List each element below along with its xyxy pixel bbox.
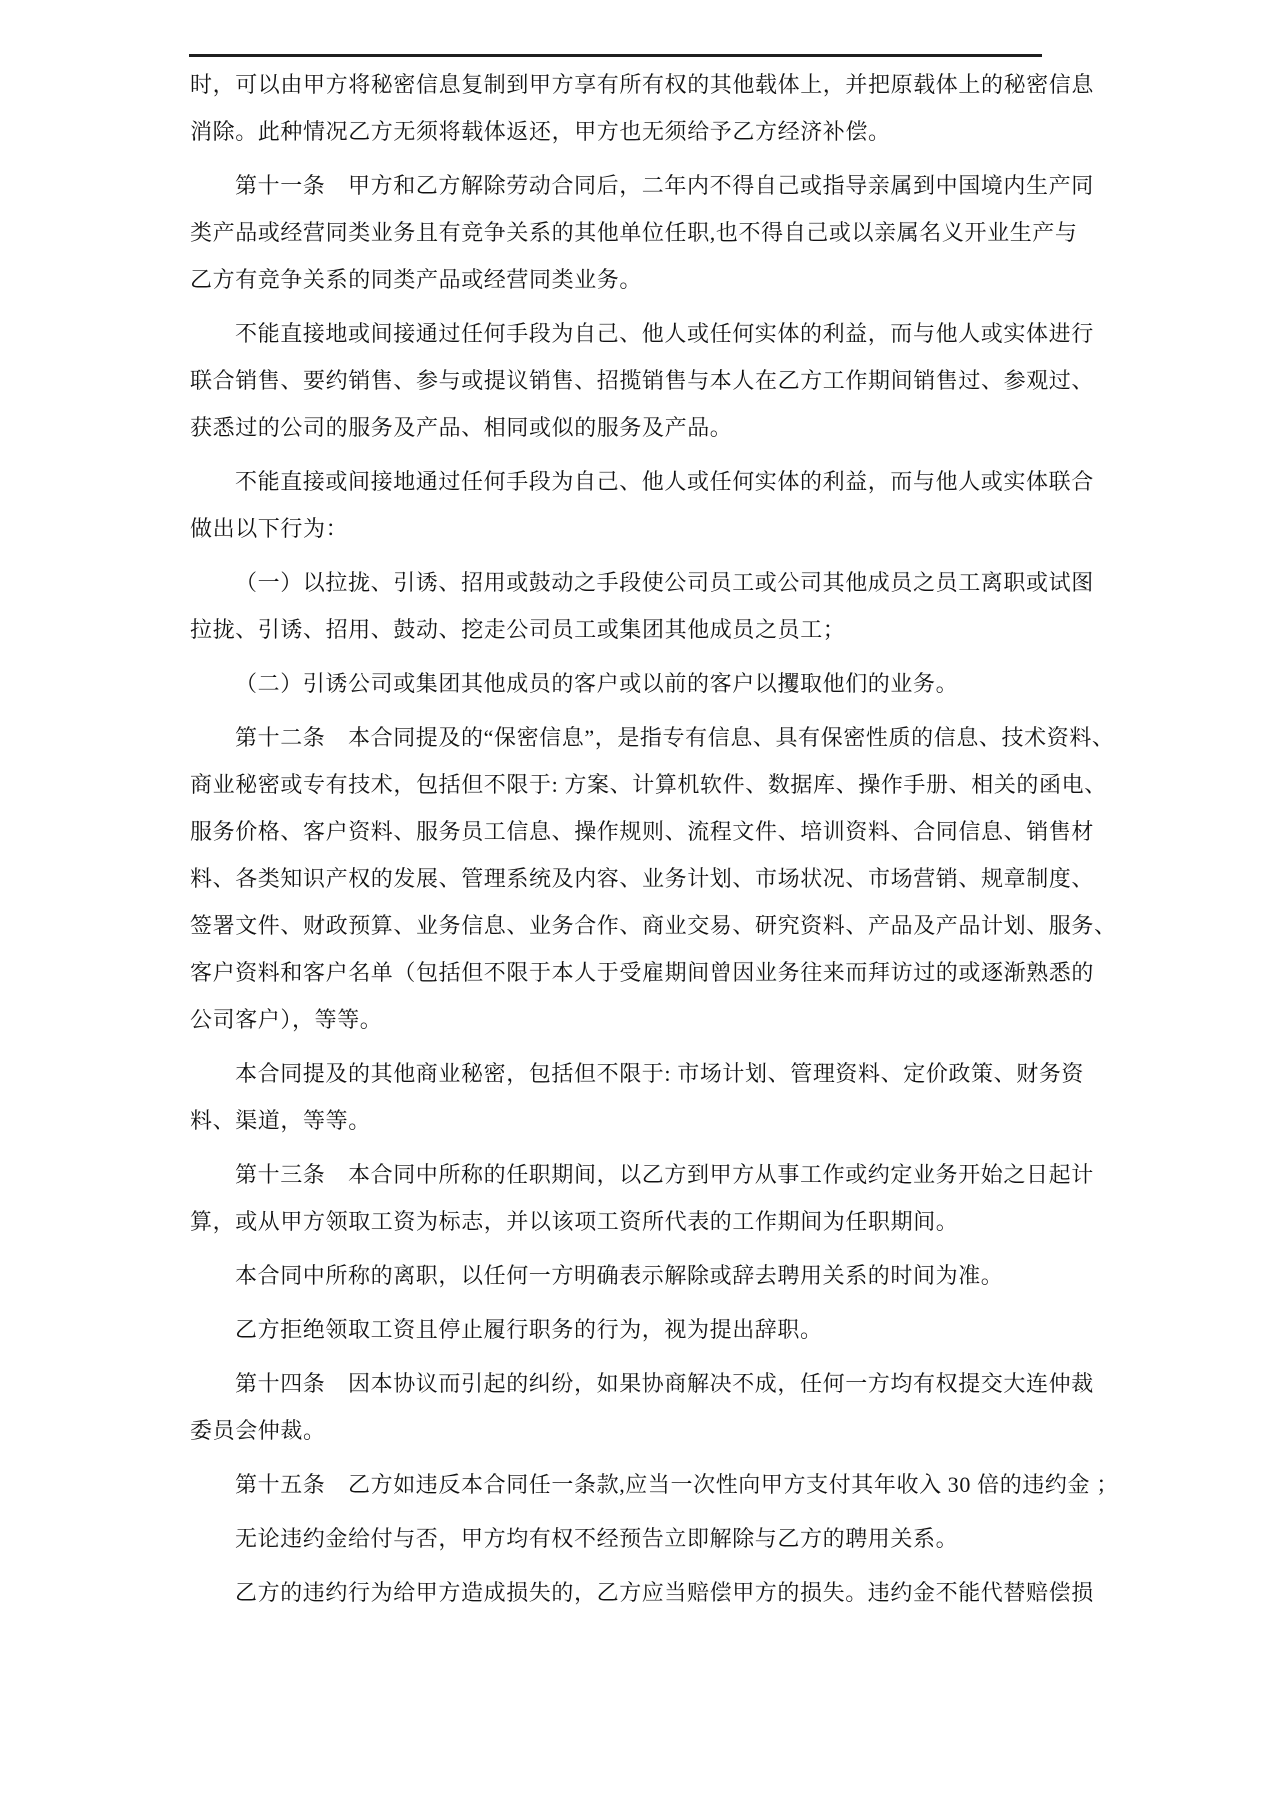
text-line: 做出以下行为： [190, 505, 1092, 552]
paragraph: 第十五条 乙方如违反本合同任一条款,应当一次性向甲方支付其年收入 30 倍的违约… [190, 1461, 1092, 1508]
text-line: 无论违约金给付与否，甲方均有权不经预告立即解除与乙方的聘用关系。 [190, 1515, 1092, 1562]
paragraph: 时，可以由甲方将秘密信息复制到甲方享有所有权的其他载体上，并把原载体上的秘密信息… [190, 61, 1092, 155]
paragraph: 第十二条 本合同提及的“保密信息”，是指专有信息、具有保密性质的信息、技术资料、… [190, 714, 1092, 1043]
text-line: 第十三条 本合同中所称的任职期间，以乙方到甲方从事工作或约定业务开始之日起计 [190, 1151, 1092, 1198]
text-line: 第十四条 因本协议而引起的纠纷，如果协商解决不成，任何一方均有权提交大连仲裁 [190, 1360, 1092, 1407]
paragraph: 不能直接或间接地通过任何手段为自己、他人或任何实体的利益，而与他人或实体联合做出… [190, 458, 1092, 552]
text-line: 联合销售、要约销售、参与或提议销售、招揽销售与本人在乙方工作期间销售过、参观过、 [190, 357, 1092, 404]
text-line: 拉拢、引诱、招用、鼓动、挖走公司员工或集团其他成员之员工； [190, 606, 1092, 653]
text-line: 乙方拒绝领取工资且停止履行职务的行为，视为提出辞职。 [190, 1306, 1092, 1353]
paragraph: 不能直接地或间接通过任何手段为自己、他人或任何实体的利益，而与他人或实体进行联合… [190, 310, 1092, 451]
text-line: 第十五条 乙方如违反本合同任一条款,应当一次性向甲方支付其年收入 30 倍的违约… [190, 1461, 1092, 1508]
document-page: 时，可以由甲方将秘密信息复制到甲方享有所有权的其他载体上，并把原载体上的秘密信息… [0, 0, 1280, 1810]
text-line: 类产品或经营同类业务且有竞争关系的其他单位任职,也不得自己或以亲属名义开业生产与 [190, 209, 1092, 256]
paragraph: 本合同中所称的离职，以任何一方明确表示解除或辞去聘用关系的时间为准。 [190, 1252, 1092, 1299]
header-rule [189, 54, 1042, 57]
paragraph: 第十三条 本合同中所称的任职期间，以乙方到甲方从事工作或约定业务开始之日起计算，… [190, 1151, 1092, 1245]
text-line: 第十一条 甲方和乙方解除劳动合同后，二年内不得自己或指导亲属到中国境内生产同 [190, 162, 1092, 209]
text-line: 算，或从甲方领取工资为标志，并以该项工资所代表的工作期间为任职期间。 [190, 1198, 1092, 1245]
paragraph: 第十四条 因本协议而引起的纠纷，如果协商解决不成，任何一方均有权提交大连仲裁委员… [190, 1360, 1092, 1454]
text-line: 乙方有竞争关系的同类产品或经营同类业务。 [190, 256, 1092, 303]
text-line: 料、渠道，等等。 [190, 1097, 1092, 1144]
text-line: （二）引诱公司或集团其他成员的客户或以前的客户以攫取他们的业务。 [190, 660, 1092, 707]
paragraph: （一）以拉拢、引诱、招用或鼓动之手段使公司员工或公司其他成员之员工离职或试图拉拢… [190, 559, 1092, 653]
text-line: 签署文件、财政预算、业务信息、业务合作、商业交易、研究资料、产品及产品计划、服务… [190, 902, 1092, 949]
paragraph: 本合同提及的其他商业秘密，包括但不限于: 市场计划、管理资料、定价政策、财务资料… [190, 1050, 1092, 1144]
text-line: 商业秘密或专有技术，包括但不限于: 方案、计算机软件、数据库、操作手册、相关的函… [190, 761, 1092, 808]
paragraph: （二）引诱公司或集团其他成员的客户或以前的客户以攫取他们的业务。 [190, 660, 1092, 707]
text-line: 本合同中所称的离职，以任何一方明确表示解除或辞去聘用关系的时间为准。 [190, 1252, 1092, 1299]
text-line: 乙方的违约行为给甲方造成损失的，乙方应当赔偿甲方的损失。违约金不能代替赔偿损 [190, 1569, 1092, 1616]
text-line: 服务价格、客户资料、服务员工信息、操作规则、流程文件、培训资料、合同信息、销售材 [190, 808, 1092, 855]
text-line: 不能直接地或间接通过任何手段为自己、他人或任何实体的利益，而与他人或实体进行 [190, 310, 1092, 357]
paragraph: 乙方的违约行为给甲方造成损失的，乙方应当赔偿甲方的损失。违约金不能代替赔偿损 [190, 1569, 1092, 1616]
text-line: 时，可以由甲方将秘密信息复制到甲方享有所有权的其他载体上，并把原载体上的秘密信息 [190, 61, 1092, 108]
text-line: 本合同提及的其他商业秘密，包括但不限于: 市场计划、管理资料、定价政策、财务资 [190, 1050, 1092, 1097]
text-line: 获悉过的公司的服务及产品、相同或似的服务及产品。 [190, 404, 1092, 451]
text-line: 第十二条 本合同提及的“保密信息”，是指专有信息、具有保密性质的信息、技术资料、 [190, 714, 1092, 761]
text-line: 客户资料和客户名单（包括但不限于本人于受雇期间曾因业务往来而拜访过的或逐渐熟悉的 [190, 949, 1092, 996]
text-line: 料、各类知识产权的发展、管理系统及内容、业务计划、市场状况、市场营销、规章制度、 [190, 855, 1092, 902]
document-body: 时，可以由甲方将秘密信息复制到甲方享有所有权的其他载体上，并把原载体上的秘密信息… [190, 61, 1092, 1616]
text-line: 公司客户），等等。 [190, 996, 1092, 1043]
text-line: 不能直接或间接地通过任何手段为自己、他人或任何实体的利益，而与他人或实体联合 [190, 458, 1092, 505]
paragraph: 第十一条 甲方和乙方解除劳动合同后，二年内不得自己或指导亲属到中国境内生产同类产… [190, 162, 1092, 303]
paragraph: 乙方拒绝领取工资且停止履行职务的行为，视为提出辞职。 [190, 1306, 1092, 1353]
text-line: （一）以拉拢、引诱、招用或鼓动之手段使公司员工或公司其他成员之员工离职或试图 [190, 559, 1092, 606]
text-line: 消除。此种情况乙方无须将载体返还，甲方也无须给予乙方经济补偿。 [190, 108, 1092, 155]
paragraph: 无论违约金给付与否，甲方均有权不经预告立即解除与乙方的聘用关系。 [190, 1515, 1092, 1562]
text-line: 委员会仲裁。 [190, 1407, 1092, 1454]
